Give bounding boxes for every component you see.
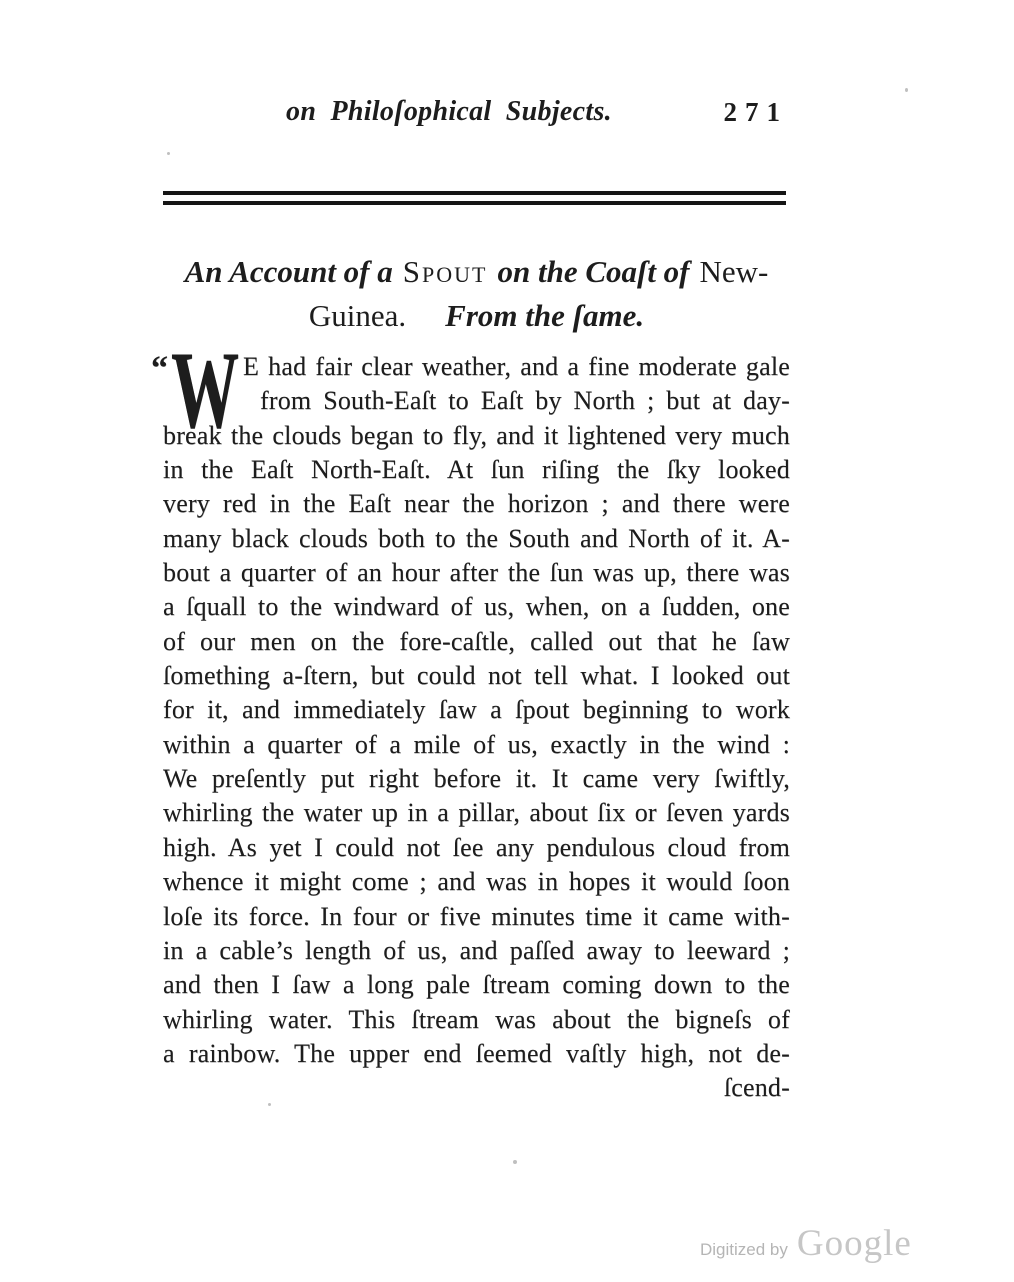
- body-line: high. As yet I could not ſee any pendulo…: [163, 833, 790, 867]
- google-logo: Google: [797, 1222, 912, 1265]
- body-line: of our men on the fore-caſtle, called ou…: [163, 627, 790, 661]
- body-line: loſe its force. In four or five minutes …: [163, 902, 790, 936]
- body-line: many black clouds both to the South and …: [163, 524, 790, 558]
- title-segment-roman: Guinea.: [309, 298, 406, 333]
- article-title-line2: Guinea.From the ſame.: [163, 294, 790, 338]
- dropcap-letter: W: [171, 354, 239, 427]
- dropcap: “ W: [151, 350, 246, 430]
- digitized-by-label: Digitized by: [700, 1240, 788, 1260]
- body-line: whirling the water up in a pillar, about…: [163, 798, 790, 832]
- body-line: very red in the Eaſt near the horizon ; …: [163, 489, 790, 523]
- body-line: E had fair clear weather, and a fine mod…: [163, 352, 790, 386]
- page-number: 271: [724, 97, 789, 128]
- body-line: a rainbow. The upper end ſeemed vaſtly h…: [163, 1039, 790, 1073]
- title-segment-italic: An Account of a: [185, 254, 393, 289]
- body-line: whence it might come ; and was in hopes …: [163, 867, 790, 901]
- title-segment-italic: From the ſame.: [445, 298, 644, 333]
- body-line: a ſquall to the windward of us, when, on…: [163, 592, 790, 626]
- article-title-line1: An Account of aSpouton the Coaſt ofNew-: [163, 250, 790, 294]
- running-header: on Philoſophical Subjects. 271: [163, 96, 790, 136]
- body-line: bout a quarter of an hour after the ſun …: [163, 558, 790, 592]
- digitization-watermark: Digitized by Google: [700, 1222, 912, 1265]
- body-line: in the Eaſt North-Eaſt. At ſun riſing th…: [163, 455, 790, 489]
- body-text: “ W E had fair clear weather, and a fine…: [163, 352, 790, 1108]
- body-line: for it, and immediately ſaw a ſpout begi…: [163, 695, 790, 729]
- body-line: from South-Eaſt to Eaſt by North ; but a…: [163, 386, 790, 420]
- scan-speck: [268, 1103, 271, 1106]
- scan-speck: [905, 88, 908, 92]
- book-page: on Philoſophical Subjects. 271 An Accoun…: [0, 0, 1014, 1282]
- running-title: on Philoſophical Subjects.: [163, 96, 735, 128]
- title-segment-roman: New-: [700, 254, 769, 289]
- title-segment-italic: on the Coaſt of: [497, 254, 689, 289]
- body-line: ſomething a-ſtern, but could not tell wh…: [163, 661, 790, 695]
- body-line: break the clouds began to fly, and it li…: [163, 421, 790, 455]
- section-divider-rule: [163, 191, 786, 205]
- body-line: We preſently put right before it. It cam…: [163, 764, 790, 798]
- article-title: An Account of aSpouton the Coaſt ofNew- …: [163, 250, 790, 338]
- body-line: in a cable’s length of us, and paſſed aw…: [163, 936, 790, 970]
- scan-speck: [513, 1160, 517, 1164]
- body-line: within a quarter of a mile of us, exactl…: [163, 730, 790, 764]
- body-line: whirling water. This ſtream was about th…: [163, 1005, 790, 1039]
- title-segment-smallcaps: Spout: [403, 254, 488, 289]
- body-line: and then I ſaw a long pale ſtream coming…: [163, 970, 790, 1004]
- opening-quote-mark: “: [151, 352, 168, 386]
- scan-speck: [167, 152, 170, 155]
- catchword: ſcend-: [163, 1073, 790, 1107]
